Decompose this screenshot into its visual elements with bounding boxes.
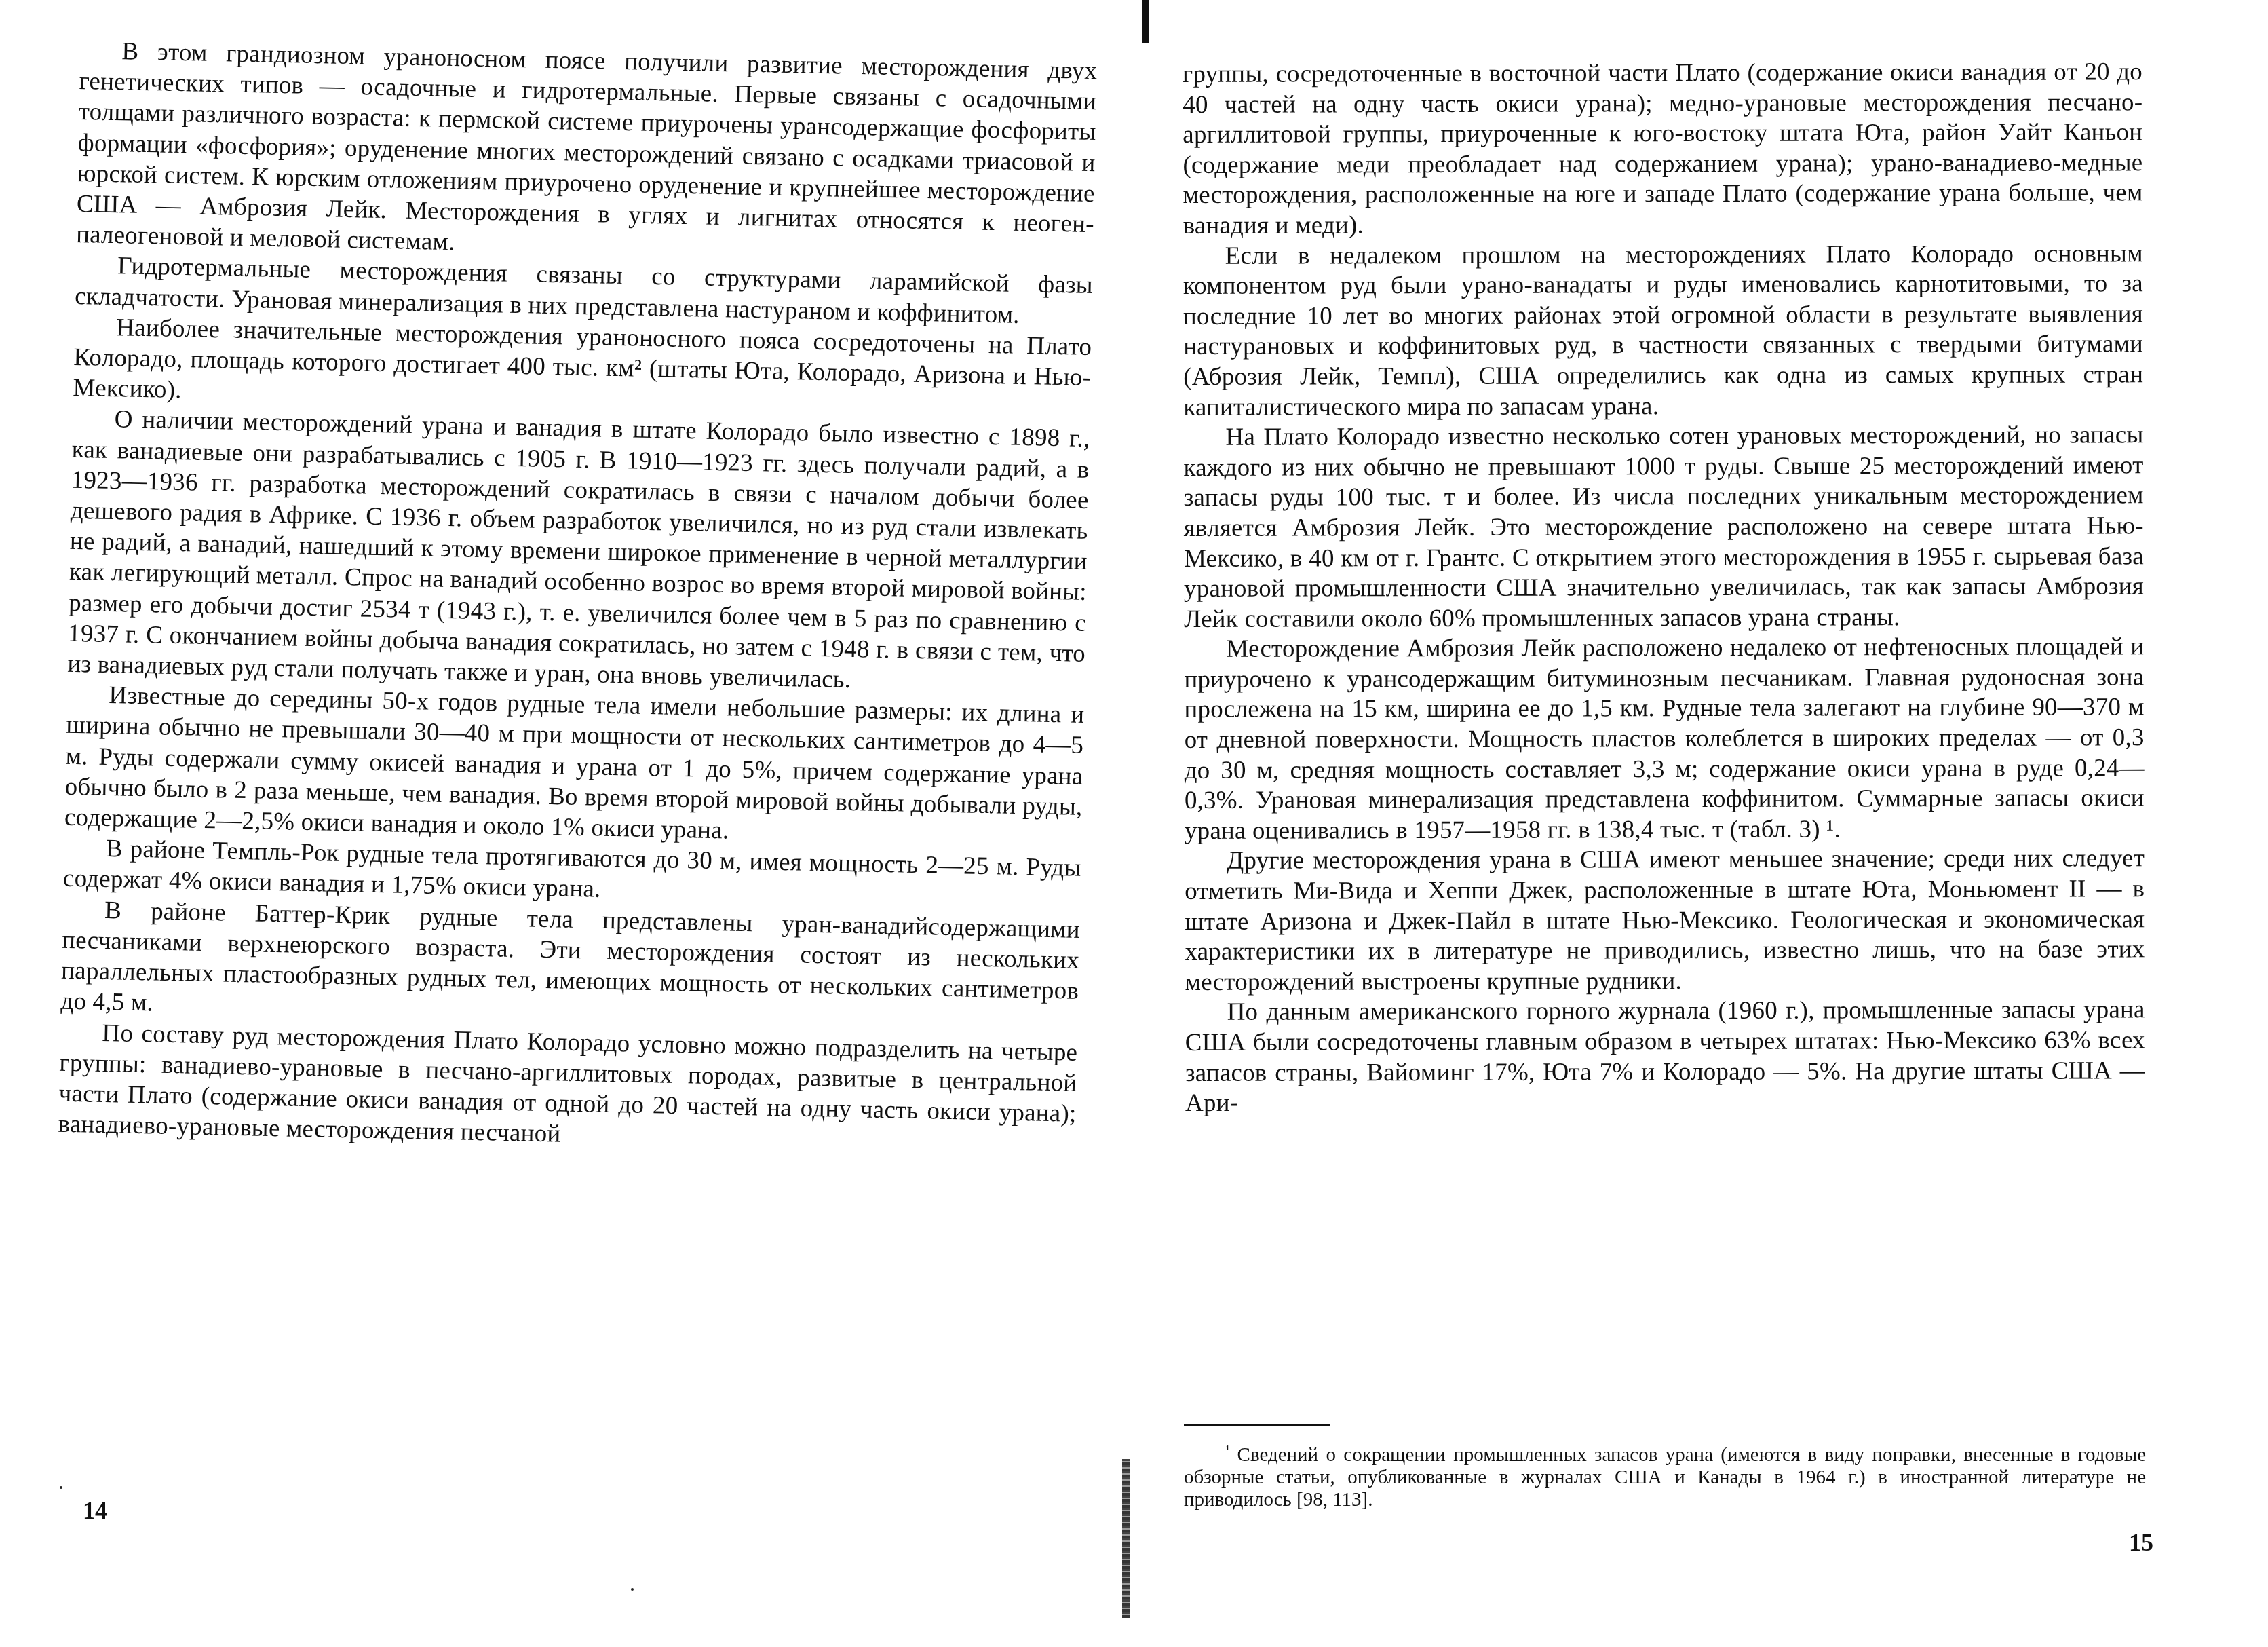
spine-mark-bottom (1122, 1459, 1130, 1618)
footnote: ¹ Сведений о сокращении промышленных зап… (1184, 1444, 2146, 1511)
page-number: 14 (83, 1496, 107, 1525)
right-page-body: группы, сосредоточенные в восточной част… (1183, 57, 2145, 1118)
paragraph: На Плато Колорадо известно несколько сот… (1183, 420, 2144, 635)
paragraph: Другие месторождения урана в США имеют м… (1185, 844, 2145, 998)
paragraph: группы, сосредоточенные в восточной част… (1183, 57, 2143, 241)
paragraph: По составу руд месторождения Плато Колор… (58, 1017, 1077, 1160)
spine-mark-top (1142, 0, 1149, 43)
footnote-text: Сведений о сокращении промышленных запас… (1184, 1444, 2146, 1511)
left-page-body: В этом грандиозном ураноносном поясе пол… (58, 35, 1097, 1160)
page-number: 15 (2129, 1528, 2153, 1557)
scan-speck (60, 1486, 62, 1489)
left-page: В этом грандиозном ураноносном поясе пол… (0, 0, 1126, 1647)
scan-speck (631, 1588, 634, 1591)
paragraph: Если в недалеком прошлом на месторождени… (1183, 239, 2144, 423)
paragraph: О наличии месторождений урана и ванадия … (67, 403, 1090, 700)
paragraph: Известные до середины 50-х годов рудные … (64, 679, 1084, 853)
paragraph: В районе Баттер-Крик рудные тела предста… (60, 894, 1080, 1037)
right-page: группы, сосредоточенные в восточной част… (1153, 0, 2268, 1647)
paragraph: В этом грандиозном ураноносном поясе пол… (76, 35, 1098, 270)
footnote-marker: ¹ (1226, 1443, 1229, 1456)
paragraph: По данным американского горного журнала … (1185, 996, 2145, 1119)
footnote-divider (1184, 1424, 1330, 1426)
paragraph: Месторождение Амброзия Лейк расположено … (1184, 632, 2145, 847)
